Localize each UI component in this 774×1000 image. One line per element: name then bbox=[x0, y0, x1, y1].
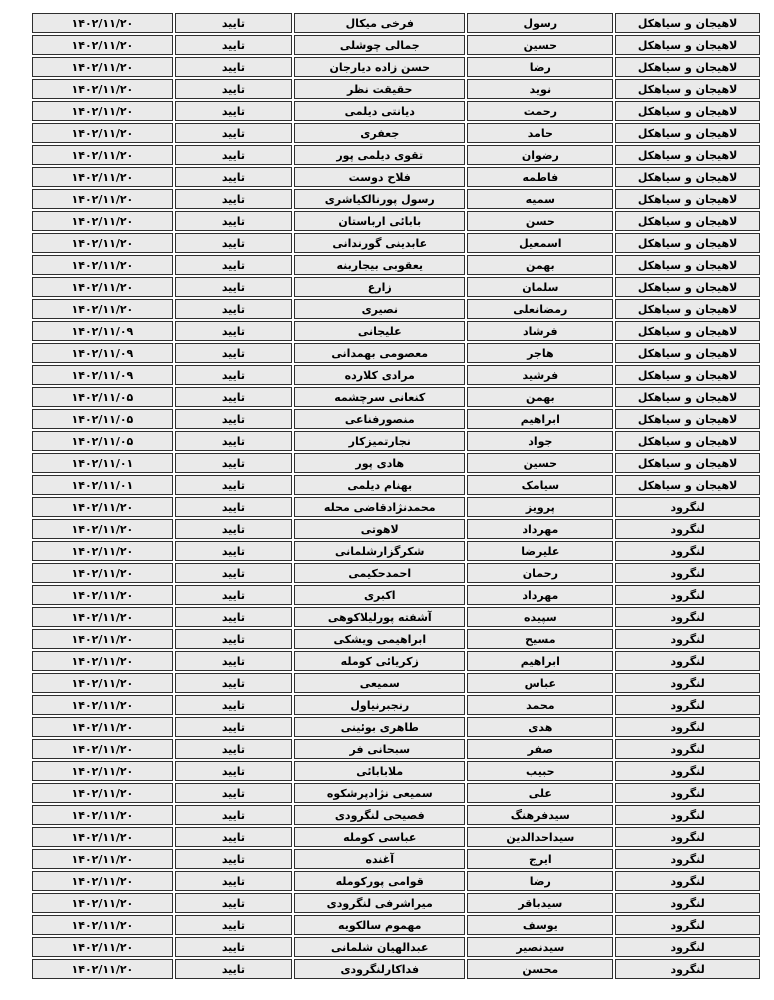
first-name-cell: سیدباقر bbox=[467, 893, 613, 913]
date-cell: ۱۴۰۲/۱۱/۲۰ bbox=[32, 827, 173, 847]
table-row: لاهیجان و سیاهکل رحمت دیانتی دیلمی تایید… bbox=[32, 101, 760, 121]
date-cell: ۱۴۰۲/۱۱/۲۰ bbox=[32, 299, 173, 319]
date-cell: ۱۴۰۲/۱۱/۲۰ bbox=[32, 123, 173, 143]
last-name-cell: دیانتی دیلمی bbox=[294, 101, 465, 121]
table-row: لنگرود سیدفرهنگ فصیحی لنگرودی تایید ۱۴۰۲… bbox=[32, 805, 760, 825]
first-name-cell: مهرداد bbox=[467, 585, 613, 605]
last-name-cell: سمیعی نژادپرشکوه bbox=[294, 783, 465, 803]
first-name-cell: نوید bbox=[467, 79, 613, 99]
last-name-cell: نجارتمیزکار bbox=[294, 431, 465, 451]
first-name-cell: رسول bbox=[467, 13, 613, 33]
region-cell: لنگرود bbox=[615, 563, 760, 583]
status-cell: تایید bbox=[175, 453, 292, 473]
date-cell: ۱۴۰۲/۱۱/۲۰ bbox=[32, 79, 173, 99]
region-cell: لاهیجان و سیاهکل bbox=[615, 167, 760, 187]
table-row: لاهیجان و سیاهکل رمضانعلی نصیری تایید ۱۴… bbox=[32, 299, 760, 319]
last-name-cell: جعفری bbox=[294, 123, 465, 143]
first-name-cell: حامد bbox=[467, 123, 613, 143]
region-cell: لنگرود bbox=[615, 607, 760, 627]
table-row: لنگرود ابراهیم زکریائی کومله تایید ۱۴۰۲/… bbox=[32, 651, 760, 671]
region-cell: لنگرود bbox=[615, 783, 760, 803]
last-name-cell: منصورفناعی bbox=[294, 409, 465, 429]
first-name-cell: مهرداد bbox=[467, 519, 613, 539]
date-cell: ۱۴۰۲/۱۱/۰۵ bbox=[32, 409, 173, 429]
first-name-cell: علی bbox=[467, 783, 613, 803]
last-name-cell: سمیعی bbox=[294, 673, 465, 693]
table-row: لنگرود مسیح ابراهیمی ویشکی تایید ۱۴۰۲/۱۱… bbox=[32, 629, 760, 649]
region-cell: لنگرود bbox=[615, 871, 760, 891]
table-row: لاهیجان و سیاهکل حامد جعفری تایید ۱۴۰۲/۱… bbox=[32, 123, 760, 143]
date-cell: ۱۴۰۲/۱۱/۲۰ bbox=[32, 211, 173, 231]
region-cell: لاهیجان و سیاهکل bbox=[615, 35, 760, 55]
region-cell: لاهیجان و سیاهکل bbox=[615, 255, 760, 275]
status-cell: تایید bbox=[175, 893, 292, 913]
first-name-cell: رضوان bbox=[467, 145, 613, 165]
status-cell: تایید bbox=[175, 783, 292, 803]
table-row: لنگرود یوسف مهموم سالکویه تایید ۱۴۰۲/۱۱/… bbox=[32, 915, 760, 935]
date-cell: ۱۴۰۲/۱۱/۲۰ bbox=[32, 783, 173, 803]
first-name-cell: رحمان bbox=[467, 563, 613, 583]
region-cell: لنگرود bbox=[615, 585, 760, 605]
table-row: لاهیجان و سیاهکل فرشاد علیجانی تایید ۱۴۰… bbox=[32, 321, 760, 341]
status-cell: تایید bbox=[175, 541, 292, 561]
last-name-cell: زکریائی کومله bbox=[294, 651, 465, 671]
first-name-cell: رضا bbox=[467, 57, 613, 77]
approvals-table-body: لاهیجان و سیاهکل رسول فرخی میکال تایید ۱… bbox=[32, 13, 760, 979]
last-name-cell: مرادی کلارده bbox=[294, 365, 465, 385]
last-name-cell: علیجانی bbox=[294, 321, 465, 341]
last-name-cell: زارع bbox=[294, 277, 465, 297]
status-cell: تایید bbox=[175, 827, 292, 847]
date-cell: ۱۴۰۲/۱۱/۲۰ bbox=[32, 189, 173, 209]
region-cell: لاهیجان و سیاهکل bbox=[615, 57, 760, 77]
first-name-cell: ایرج bbox=[467, 849, 613, 869]
date-cell: ۱۴۰۲/۱۱/۲۰ bbox=[32, 937, 173, 957]
status-cell: تایید bbox=[175, 123, 292, 143]
date-cell: ۱۴۰۲/۱۱/۰۹ bbox=[32, 365, 173, 385]
status-cell: تایید bbox=[175, 35, 292, 55]
date-cell: ۱۴۰۲/۱۱/۲۰ bbox=[32, 519, 173, 539]
first-name-cell: سیداحدالدین bbox=[467, 827, 613, 847]
first-name-cell: رضا bbox=[467, 871, 613, 891]
status-cell: تایید bbox=[175, 343, 292, 363]
first-name-cell: یوسف bbox=[467, 915, 613, 935]
last-name-cell: فصیحی لنگرودی bbox=[294, 805, 465, 825]
last-name-cell: فلاح دوست bbox=[294, 167, 465, 187]
first-name-cell: فرشاد bbox=[467, 321, 613, 341]
date-cell: ۱۴۰۲/۱۱/۲۰ bbox=[32, 717, 173, 737]
table-row: لاهیجان و سیاهکل سلمان زارع تایید ۱۴۰۲/۱… bbox=[32, 277, 760, 297]
date-cell: ۱۴۰۲/۱۱/۲۰ bbox=[32, 607, 173, 627]
region-cell: لاهیجان و سیاهکل bbox=[615, 321, 760, 341]
table-row: لاهیجان و سیاهکل فرشید مرادی کلارده تایی… bbox=[32, 365, 760, 385]
region-cell: لنگرود bbox=[615, 849, 760, 869]
status-cell: تایید bbox=[175, 233, 292, 253]
date-cell: ۱۴۰۲/۱۱/۲۰ bbox=[32, 255, 173, 275]
date-cell: ۱۴۰۲/۱۱/۲۰ bbox=[32, 695, 173, 715]
region-cell: لاهیجان و سیاهکل bbox=[615, 475, 760, 495]
region-cell: لاهیجان و سیاهکل bbox=[615, 123, 760, 143]
region-cell: لنگرود bbox=[615, 717, 760, 737]
last-name-cell: محمدنژادقاضی محله bbox=[294, 497, 465, 517]
table-row: لنگرود رحمان احمدحکیمی تایید ۱۴۰۲/۱۱/۲۰ bbox=[32, 563, 760, 583]
region-cell: لاهیجان و سیاهکل bbox=[615, 343, 760, 363]
first-name-cell: سیامک bbox=[467, 475, 613, 495]
status-cell: تایید bbox=[175, 145, 292, 165]
status-cell: تایید bbox=[175, 431, 292, 451]
last-name-cell: کنعانی سرچشمه bbox=[294, 387, 465, 407]
last-name-cell: فرخی میکال bbox=[294, 13, 465, 33]
status-cell: تایید bbox=[175, 585, 292, 605]
first-name-cell: ابراهیم bbox=[467, 409, 613, 429]
table-row: لنگرود رضا قوامی پورکومله تایید ۱۴۰۲/۱۱/… bbox=[32, 871, 760, 891]
table-row: لنگرود علی سمیعی نژادپرشکوه تایید ۱۴۰۲/۱… bbox=[32, 783, 760, 803]
status-cell: تایید bbox=[175, 13, 292, 33]
date-cell: ۱۴۰۲/۱۱/۲۰ bbox=[32, 959, 173, 979]
first-name-cell: محسن bbox=[467, 959, 613, 979]
table-row: لنگرود حبیب ملابابائی تایید ۱۴۰۲/۱۱/۲۰ bbox=[32, 761, 760, 781]
date-cell: ۱۴۰۲/۱۱/۲۰ bbox=[32, 893, 173, 913]
table-row: لنگرود سیداحدالدین عباسی کومله تایید ۱۴۰… bbox=[32, 827, 760, 847]
last-name-cell: رسول پورنالکیاشری bbox=[294, 189, 465, 209]
date-cell: ۱۴۰۲/۱۱/۲۰ bbox=[32, 585, 173, 605]
first-name-cell: هاجر bbox=[467, 343, 613, 363]
table-row: لاهیجان و سیاهکل سمیه رسول پورنالکیاشری … bbox=[32, 189, 760, 209]
status-cell: تایید bbox=[175, 937, 292, 957]
last-name-cell: سبحانی فر bbox=[294, 739, 465, 759]
date-cell: ۱۴۰۲/۱۱/۲۰ bbox=[32, 871, 173, 891]
status-cell: تایید bbox=[175, 739, 292, 759]
last-name-cell: تقوی دیلمی پور bbox=[294, 145, 465, 165]
first-name-cell: جواد bbox=[467, 431, 613, 451]
table-row: لاهیجان و سیاهکل اسمعیل عابدینی گورندانی… bbox=[32, 233, 760, 253]
status-cell: تایید bbox=[175, 387, 292, 407]
last-name-cell: شکرگزارشلمانی bbox=[294, 541, 465, 561]
table-row: لنگرود صفر سبحانی فر تایید ۱۴۰۲/۱۱/۲۰ bbox=[32, 739, 760, 759]
date-cell: ۱۴۰۲/۱۱/۲۰ bbox=[32, 35, 173, 55]
table-row: لنگرود عباس سمیعی تایید ۱۴۰۲/۱۱/۲۰ bbox=[32, 673, 760, 693]
region-cell: لاهیجان و سیاهکل bbox=[615, 387, 760, 407]
first-name-cell: رحمت bbox=[467, 101, 613, 121]
last-name-cell: بهنام دیلمی bbox=[294, 475, 465, 495]
region-cell: لاهیجان و سیاهکل bbox=[615, 211, 760, 231]
last-name-cell: معصومی بهمدانی bbox=[294, 343, 465, 363]
table-row: لنگرود سپیده آشفته پورلیلاکوهی تایید ۱۴۰… bbox=[32, 607, 760, 627]
date-cell: ۱۴۰۲/۱۱/۲۰ bbox=[32, 849, 173, 869]
table-row: لنگرود محمد رنجبرنیاول تایید ۱۴۰۲/۱۱/۲۰ bbox=[32, 695, 760, 715]
first-name-cell: رمضانعلی bbox=[467, 299, 613, 319]
first-name-cell: علیرضا bbox=[467, 541, 613, 561]
table-row: لاهیجان و سیاهکل بهمن یعقوبی بیجاربنه تا… bbox=[32, 255, 760, 275]
first-name-cell: هدی bbox=[467, 717, 613, 737]
first-name-cell: سپیده bbox=[467, 607, 613, 627]
region-cell: لاهیجان و سیاهکل bbox=[615, 189, 760, 209]
approvals-table: لاهیجان و سیاهکل رسول فرخی میکال تایید ۱… bbox=[30, 11, 762, 981]
region-cell: لنگرود bbox=[615, 761, 760, 781]
status-cell: تایید bbox=[175, 497, 292, 517]
date-cell: ۱۴۰۲/۱۱/۲۰ bbox=[32, 167, 173, 187]
table-row: لنگرود پرویز محمدنژادقاضی محله تایید ۱۴۰… bbox=[32, 497, 760, 517]
date-cell: ۱۴۰۲/۱۱/۰۹ bbox=[32, 343, 173, 363]
status-cell: تایید bbox=[175, 189, 292, 209]
status-cell: تایید bbox=[175, 79, 292, 99]
date-cell: ۱۴۰۲/۱۱/۰۱ bbox=[32, 453, 173, 473]
status-cell: تایید bbox=[175, 167, 292, 187]
table-row: لنگرود ایرج آغنده تایید ۱۴۰۲/۱۱/۲۰ bbox=[32, 849, 760, 869]
region-cell: لنگرود bbox=[615, 651, 760, 671]
last-name-cell: لاهوتی bbox=[294, 519, 465, 539]
first-name-cell: سمیه bbox=[467, 189, 613, 209]
first-name-cell: سیدفرهنگ bbox=[467, 805, 613, 825]
last-name-cell: میراشرفی لنگرودی bbox=[294, 893, 465, 913]
date-cell: ۱۴۰۲/۱۱/۲۰ bbox=[32, 805, 173, 825]
date-cell: ۱۴۰۲/۱۱/۰۵ bbox=[32, 387, 173, 407]
region-cell: لنگرود bbox=[615, 915, 760, 935]
table-row: لاهیجان و سیاهکل نوید حقیقت نظر تایید ۱۴… bbox=[32, 79, 760, 99]
table-row: لاهیجان و سیاهکل رسول فرخی میکال تایید ۱… bbox=[32, 13, 760, 33]
first-name-cell: ابراهیم bbox=[467, 651, 613, 671]
date-cell: ۱۴۰۲/۱۱/۲۰ bbox=[32, 13, 173, 33]
first-name-cell: حسین bbox=[467, 35, 613, 55]
date-cell: ۱۴۰۲/۱۱/۲۰ bbox=[32, 233, 173, 253]
region-cell: لاهیجان و سیاهکل bbox=[615, 453, 760, 473]
first-name-cell: بهمن bbox=[467, 387, 613, 407]
region-cell: لنگرود bbox=[615, 673, 760, 693]
table-row: لاهیجان و سیاهکل حسین هادی پور تایید ۱۴۰… bbox=[32, 453, 760, 473]
last-name-cell: ملابابائی bbox=[294, 761, 465, 781]
date-cell: ۱۴۰۲/۱۱/۲۰ bbox=[32, 277, 173, 297]
status-cell: تایید bbox=[175, 475, 292, 495]
table-row: لاهیجان و سیاهکل حسن بابائی ارباستان تای… bbox=[32, 211, 760, 231]
date-cell: ۱۴۰۲/۱۱/۰۱ bbox=[32, 475, 173, 495]
document-page: لاهیجان و سیاهکل رسول فرخی میکال تایید ۱… bbox=[0, 0, 774, 1000]
last-name-cell: طاهری بوئینی bbox=[294, 717, 465, 737]
status-cell: تایید bbox=[175, 915, 292, 935]
first-name-cell: محمد bbox=[467, 695, 613, 715]
region-cell: لنگرود bbox=[615, 695, 760, 715]
date-cell: ۱۴۰۲/۱۱/۲۰ bbox=[32, 673, 173, 693]
first-name-cell: حسین bbox=[467, 453, 613, 473]
status-cell: تایید bbox=[175, 563, 292, 583]
status-cell: تایید bbox=[175, 255, 292, 275]
table-row: لاهیجان و سیاهکل هاجر معصومی بهمدانی تای… bbox=[32, 343, 760, 363]
date-cell: ۱۴۰۲/۱۱/۰۹ bbox=[32, 321, 173, 341]
last-name-cell: آشفته پورلیلاکوهی bbox=[294, 607, 465, 627]
status-cell: تایید bbox=[175, 849, 292, 869]
first-name-cell: مسیح bbox=[467, 629, 613, 649]
table-row: لاهیجان و سیاهکل ابراهیم منصورفناعی تایی… bbox=[32, 409, 760, 429]
table-row: لاهیجان و سیاهکل فاطمه فلاح دوست تایید ۱… bbox=[32, 167, 760, 187]
status-cell: تایید bbox=[175, 321, 292, 341]
last-name-cell: احمدحکیمی bbox=[294, 563, 465, 583]
table-row: لاهیجان و سیاهکل رضا حسن زاده دیارجان تا… bbox=[32, 57, 760, 77]
last-name-cell: یعقوبی بیجاربنه bbox=[294, 255, 465, 275]
first-name-cell: عباس bbox=[467, 673, 613, 693]
table-row: لنگرود مهرداد لاهوتی تایید ۱۴۰۲/۱۱/۲۰ bbox=[32, 519, 760, 539]
region-cell: لاهیجان و سیاهکل bbox=[615, 299, 760, 319]
region-cell: لنگرود bbox=[615, 519, 760, 539]
region-cell: لنگرود bbox=[615, 893, 760, 913]
region-cell: لنگرود bbox=[615, 805, 760, 825]
first-name-cell: پرویز bbox=[467, 497, 613, 517]
date-cell: ۱۴۰۲/۱۱/۲۰ bbox=[32, 651, 173, 671]
status-cell: تایید bbox=[175, 761, 292, 781]
last-name-cell: عبدالهیان شلمانی bbox=[294, 937, 465, 957]
last-name-cell: ابراهیمی ویشکی bbox=[294, 629, 465, 649]
last-name-cell: اکبری bbox=[294, 585, 465, 605]
region-cell: لنگرود bbox=[615, 937, 760, 957]
last-name-cell: نصیری bbox=[294, 299, 465, 319]
region-cell: لاهیجان و سیاهکل bbox=[615, 365, 760, 385]
status-cell: تایید bbox=[175, 695, 292, 715]
region-cell: لاهیجان و سیاهکل bbox=[615, 145, 760, 165]
region-cell: لاهیجان و سیاهکل bbox=[615, 409, 760, 429]
first-name-cell: اسمعیل bbox=[467, 233, 613, 253]
table-row: لنگرود سیدباقر میراشرفی لنگرودی تایید ۱۴… bbox=[32, 893, 760, 913]
region-cell: لنگرود bbox=[615, 827, 760, 847]
table-row: لنگرود علیرضا شکرگزارشلمانی تایید ۱۴۰۲/۱… bbox=[32, 541, 760, 561]
status-cell: تایید bbox=[175, 673, 292, 693]
first-name-cell: سلمان bbox=[467, 277, 613, 297]
last-name-cell: جمالی چوشلی bbox=[294, 35, 465, 55]
last-name-cell: بابائی ارباستان bbox=[294, 211, 465, 231]
date-cell: ۱۴۰۲/۱۱/۲۰ bbox=[32, 563, 173, 583]
status-cell: تایید bbox=[175, 277, 292, 297]
first-name-cell: سیدنصیر bbox=[467, 937, 613, 957]
status-cell: تایید bbox=[175, 409, 292, 429]
date-cell: ۱۴۰۲/۱۱/۰۵ bbox=[32, 431, 173, 451]
region-cell: لاهیجان و سیاهکل bbox=[615, 431, 760, 451]
status-cell: تایید bbox=[175, 299, 292, 319]
last-name-cell: رنجبرنیاول bbox=[294, 695, 465, 715]
date-cell: ۱۴۰۲/۱۱/۲۰ bbox=[32, 739, 173, 759]
last-name-cell: مهموم سالکویه bbox=[294, 915, 465, 935]
first-name-cell: بهمن bbox=[467, 255, 613, 275]
status-cell: تایید bbox=[175, 211, 292, 231]
status-cell: تایید bbox=[175, 519, 292, 539]
last-name-cell: حقیقت نظر bbox=[294, 79, 465, 99]
region-cell: لاهیجان و سیاهکل bbox=[615, 277, 760, 297]
table-row: لاهیجان و سیاهکل جواد نجارتمیزکار تایید … bbox=[32, 431, 760, 451]
status-cell: تایید bbox=[175, 57, 292, 77]
last-name-cell: قوامی پورکومله bbox=[294, 871, 465, 891]
first-name-cell: صفر bbox=[467, 739, 613, 759]
first-name-cell: حسن bbox=[467, 211, 613, 231]
status-cell: تایید bbox=[175, 101, 292, 121]
last-name-cell: آغنده bbox=[294, 849, 465, 869]
date-cell: ۱۴۰۲/۱۱/۲۰ bbox=[32, 145, 173, 165]
first-name-cell: حبیب bbox=[467, 761, 613, 781]
table-row: لنگرود محسن فداکارلنگرودی تایید ۱۴۰۲/۱۱/… bbox=[32, 959, 760, 979]
status-cell: تایید bbox=[175, 629, 292, 649]
table-row: لاهیجان و سیاهکل سیامک بهنام دیلمی تایید… bbox=[32, 475, 760, 495]
status-cell: تایید bbox=[175, 871, 292, 891]
region-cell: لنگرود bbox=[615, 739, 760, 759]
region-cell: لاهیجان و سیاهکل bbox=[615, 79, 760, 99]
region-cell: لاهیجان و سیاهکل bbox=[615, 13, 760, 33]
date-cell: ۱۴۰۲/۱۱/۲۰ bbox=[32, 629, 173, 649]
last-name-cell: عباسی کومله bbox=[294, 827, 465, 847]
table-row: لاهیجان و سیاهکل بهمن کنعانی سرچشمه تایی… bbox=[32, 387, 760, 407]
last-name-cell: حسن زاده دیارجان bbox=[294, 57, 465, 77]
date-cell: ۱۴۰۲/۱۱/۲۰ bbox=[32, 57, 173, 77]
region-cell: لنگرود bbox=[615, 497, 760, 517]
date-cell: ۱۴۰۲/۱۱/۲۰ bbox=[32, 541, 173, 561]
region-cell: لنگرود bbox=[615, 629, 760, 649]
table-row: لنگرود مهرداد اکبری تایید ۱۴۰۲/۱۱/۲۰ bbox=[32, 585, 760, 605]
status-cell: تایید bbox=[175, 805, 292, 825]
date-cell: ۱۴۰۲/۱۱/۲۰ bbox=[32, 915, 173, 935]
region-cell: لاهیجان و سیاهکل bbox=[615, 101, 760, 121]
table-row: لاهیجان و سیاهکل حسین جمالی چوشلی تایید … bbox=[32, 35, 760, 55]
region-cell: لنگرود bbox=[615, 959, 760, 979]
first-name-cell: فرشید bbox=[467, 365, 613, 385]
last-name-cell: هادی پور bbox=[294, 453, 465, 473]
status-cell: تایید bbox=[175, 607, 292, 627]
first-name-cell: فاطمه bbox=[467, 167, 613, 187]
date-cell: ۱۴۰۲/۱۱/۲۰ bbox=[32, 761, 173, 781]
region-cell: لاهیجان و سیاهکل bbox=[615, 233, 760, 253]
region-cell: لنگرود bbox=[615, 541, 760, 561]
status-cell: تایید bbox=[175, 651, 292, 671]
status-cell: تایید bbox=[175, 365, 292, 385]
date-cell: ۱۴۰۲/۱۱/۲۰ bbox=[32, 497, 173, 517]
status-cell: تایید bbox=[175, 959, 292, 979]
table-row: لنگرود هدی طاهری بوئینی تایید ۱۴۰۲/۱۱/۲۰ bbox=[32, 717, 760, 737]
date-cell: ۱۴۰۲/۱۱/۲۰ bbox=[32, 101, 173, 121]
table-row: لاهیجان و سیاهکل رضوان تقوی دیلمی پور تا… bbox=[32, 145, 760, 165]
status-cell: تایید bbox=[175, 717, 292, 737]
last-name-cell: فداکارلنگرودی bbox=[294, 959, 465, 979]
last-name-cell: عابدینی گورندانی bbox=[294, 233, 465, 253]
table-row: لنگرود سیدنصیر عبدالهیان شلمانی تایید ۱۴… bbox=[32, 937, 760, 957]
